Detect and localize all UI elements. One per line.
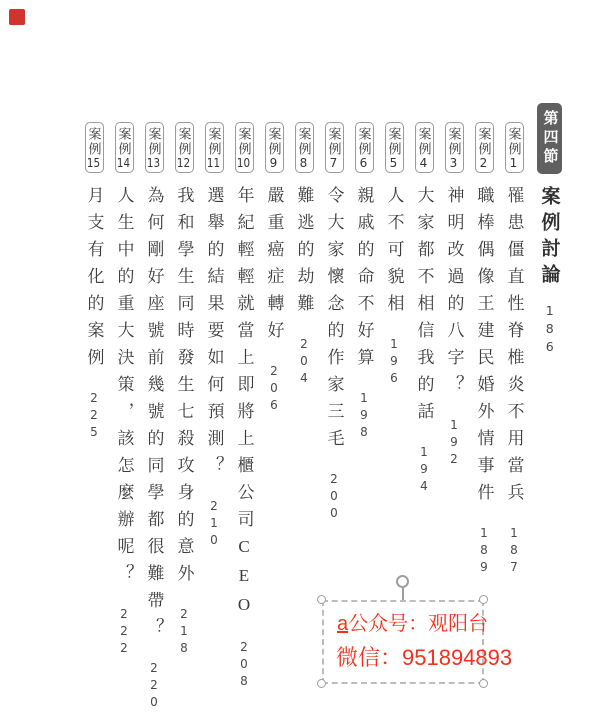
- case-badge: 案例6: [355, 122, 374, 173]
- case-number: 2: [477, 157, 491, 169]
- case-page-number: 218: [178, 607, 190, 658]
- case-number: 9: [267, 157, 281, 169]
- case-number: 15: [87, 157, 101, 169]
- case-number: 5: [387, 157, 401, 169]
- toc-entry-13: 案例13 為何剛好座號前幾號的同學都很難帶？ 220: [142, 122, 166, 712]
- case-badge: 案例3: [445, 122, 464, 173]
- case-badge: 案例12: [175, 122, 194, 173]
- case-label: 案例: [477, 127, 492, 157]
- case-badge: 案例15: [85, 122, 104, 173]
- case-label: 案例: [207, 127, 222, 157]
- watermark-line1[interactable]: a公众号：观阳台: [337, 607, 488, 636]
- book-toc-page: 第四節 案例討論 186 案例1 罹患僵直性脊椎炎不用當兵 187 案例2 職棒…: [0, 0, 603, 714]
- case-title: 我和學生同時發生七殺攻身的意外: [176, 186, 193, 591]
- case-title: 大家都不相信我的話: [416, 186, 433, 429]
- case-number: 4: [417, 157, 431, 169]
- watermark-line2[interactable]: 微信：951894893: [336, 641, 512, 672]
- case-number: 11: [207, 157, 221, 169]
- case-label: 案例: [417, 127, 432, 157]
- case-title: 為何剛好座號前幾號的同學都很難帶？: [146, 186, 163, 645]
- case-badge: 案例10: [235, 122, 254, 173]
- case-number: 3: [447, 157, 461, 169]
- case-page-number: 208: [238, 640, 250, 691]
- case-page-number: 194: [418, 445, 430, 496]
- resize-handle-top-left[interactable]: [317, 595, 326, 604]
- resize-handle-bottom-left[interactable]: [317, 679, 326, 688]
- section-header: 第四節 案例討論 186: [534, 103, 564, 357]
- toc-entry-15: 案例15 月支有化的案例 225: [82, 122, 106, 712]
- case-title: 年紀輕輕就當上即將上櫃公司CEO: [236, 186, 253, 624]
- watermark-line1-prefix: a: [337, 613, 348, 635]
- case-title: 神明改過的八字？: [446, 186, 463, 402]
- case-title: 月支有化的案例: [86, 186, 103, 375]
- section-badge: 第四節: [537, 103, 562, 174]
- toc-entry-10: 案例10 年紀輕輕就當上即將上櫃公司CEO 208: [232, 122, 256, 712]
- case-badge: 案例13: [145, 122, 164, 173]
- case-label: 案例: [87, 127, 102, 157]
- case-number: 14: [117, 157, 131, 169]
- case-label: 案例: [387, 127, 402, 157]
- case-badge: 案例4: [415, 122, 434, 173]
- case-page-number: 189: [478, 526, 490, 577]
- toc-entry-14: 案例14 人生中的重大決策，該怎麼辦呢？ 222: [112, 122, 136, 712]
- resize-handle-bottom-right[interactable]: [479, 679, 488, 688]
- case-page-number: 198: [358, 391, 370, 442]
- case-title: 令大家懷念的作家三毛: [326, 186, 343, 456]
- section-title: 案例討論: [540, 186, 559, 290]
- case-label: 案例: [147, 127, 162, 157]
- case-title: 職棒偶像王建民婚外情事件: [476, 186, 493, 510]
- rotate-handle-icon[interactable]: [396, 575, 409, 588]
- toc-entry-9: 案例9 嚴重癌症轉好 206: [262, 122, 286, 712]
- case-title: 嚴重癌症轉好: [266, 186, 283, 348]
- case-label: 案例: [357, 127, 372, 157]
- case-badge: 案例5: [385, 122, 404, 173]
- case-badge: 案例7: [325, 122, 344, 173]
- case-badge: 案例14: [115, 122, 134, 173]
- case-page-number: 225: [88, 391, 100, 442]
- case-number: 8: [297, 157, 311, 169]
- watermark-line1-text: 公众号：观阳台: [348, 613, 488, 635]
- case-number: 1: [507, 157, 521, 169]
- section-page-number: 186: [543, 303, 556, 357]
- case-title: 選舉的結果要如何預測？: [206, 186, 223, 483]
- case-page-number: 222: [118, 607, 130, 658]
- case-label: 案例: [237, 127, 252, 157]
- case-badge: 案例2: [475, 122, 494, 173]
- case-number: 13: [147, 157, 161, 169]
- case-badge: 案例9: [265, 122, 284, 173]
- case-title: 人不可貌相: [386, 186, 403, 321]
- case-label: 案例: [447, 127, 462, 157]
- case-page-number: 204: [298, 337, 310, 388]
- toc-entry-1: 案例1 罹患僵直性脊椎炎不用當兵 187: [502, 122, 526, 712]
- toc-entry-11: 案例11 選舉的結果要如何預測？ 210: [202, 122, 226, 712]
- case-badge: 案例11: [205, 122, 224, 173]
- case-number: 7: [327, 157, 341, 169]
- case-page-number: 200: [328, 472, 340, 523]
- case-page-number: 196: [388, 337, 400, 388]
- case-number: 6: [357, 157, 371, 169]
- case-page-number: 210: [208, 499, 220, 550]
- case-number: 10: [237, 157, 251, 169]
- case-label: 案例: [177, 127, 192, 157]
- case-title: 難逃的劫難: [296, 186, 313, 321]
- case-page-number: 192: [448, 418, 460, 469]
- toc-entry-8: 案例8 難逃的劫難 204: [292, 122, 316, 712]
- case-label: 案例: [507, 127, 522, 157]
- case-label: 案例: [267, 127, 282, 157]
- case-label: 案例: [117, 127, 132, 157]
- case-page-number: 220: [148, 661, 160, 712]
- case-title: 人生中的重大決策，該怎麼辦呢？: [116, 186, 133, 591]
- case-label: 案例: [297, 127, 312, 157]
- case-title: 罹患僵直性脊椎炎不用當兵: [506, 186, 523, 510]
- rotate-handle-stem: [402, 588, 404, 600]
- red-square-marker: [9, 9, 25, 25]
- resize-handle-top-right[interactable]: [479, 595, 488, 604]
- case-label: 案例: [327, 127, 342, 157]
- case-badge: 案例1: [505, 122, 524, 173]
- case-page-number: 187: [508, 526, 520, 577]
- case-page-number: 206: [268, 364, 280, 415]
- case-title: 親戚的命不好算: [356, 186, 373, 375]
- case-number: 12: [177, 157, 191, 169]
- toc-entry-12: 案例12 我和學生同時發生七殺攻身的意外 218: [172, 122, 196, 712]
- case-badge: 案例8: [295, 122, 314, 173]
